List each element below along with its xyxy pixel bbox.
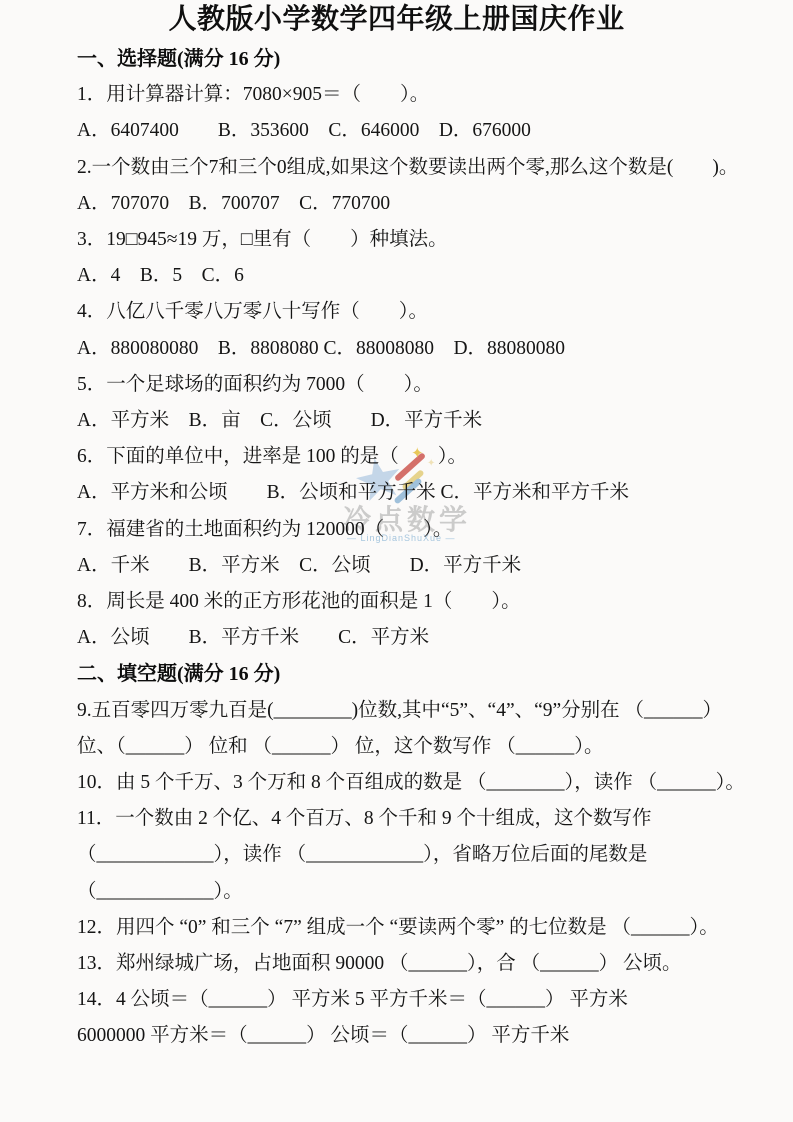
question-5-text: 5．一个足球场的面积约为 7000（ ）。 [0, 367, 793, 403]
section-2-heading: 二、填空题(满分 16 分) [0, 656, 793, 692]
question-2-text: 2.一个数由三个7和三个0组成,如果这个数要读出两个零,那么这个数是( )。 [0, 150, 793, 186]
question-8-text: 8．周长是 400 米的正方形花池的面积是 1（ ）。 [0, 584, 793, 620]
question-9-text-line-1: 9.五百零四万零九百是(________)位数,其中“5”、“4”、“9”分别在… [0, 693, 793, 729]
question-14-text-line-2: 6000000 平方米＝（______） 公顷＝（______） 平方千米 [0, 1018, 793, 1054]
question-2-options: A．707070 B．700707 C．770700 [0, 186, 793, 222]
question-13-text: 13．郑州绿城广场，占地面积 90000 （______），合 （______）… [0, 946, 793, 982]
section-1-heading: 一、选择题(满分 16 分) [0, 41, 793, 77]
question-11-text-line-3: （____________）。 [0, 874, 793, 910]
question-1-text: 1．用计算器计算：7080×905＝（ ）。 [0, 77, 793, 113]
question-14-text-line-1: 14．4 公顷＝（______） 平方米 5 平方千米＝（______） 平方米 [0, 982, 793, 1018]
question-3-text: 3．19□945≈19 万，□里有（ ）种填法。 [0, 222, 793, 258]
question-11-text-line-2: （____________），读作 （____________），省略万位后面的… [0, 837, 793, 873]
question-6-options: A．平方米和公顷 B．公顷和平方千米 C．平方米和平方千米 [0, 475, 793, 511]
question-12-text: 12．用四个 “0” 和三个 “7” 组成一个 “要读两个零” 的七位数是 （_… [0, 910, 793, 946]
worksheet-content: 人教版小学数学四年级上册国庆作业 一、选择题(满分 16 分) 1．用计算器计算… [0, 2, 793, 1055]
question-6-text: 6．下面的单位中，进率是 100 的是（ ）。 [0, 439, 793, 475]
worksheet-page: ✦ ✦ 冷点数学 — LingDianShuXue — 人教版小学数学四年级上册… [0, 0, 793, 1122]
question-7-options: A．千米 B．平方米 C．公顷 D．平方千米 [0, 548, 793, 584]
question-4-text: 4．八亿八千零八万零八十写作（ ）。 [0, 294, 793, 330]
question-10-text: 10．由 5 个千万、3 个万和 8 个百组成的数是 （________），读作… [0, 765, 793, 801]
question-8-options: A．公顷 B．平方千米 C．平方米 [0, 620, 793, 656]
question-4-options: A．880080080 B．8808080 C．88008080 D．88080… [0, 331, 793, 367]
question-7-text: 7．福建省的土地面积约为 120000（ ）。 [0, 512, 793, 548]
question-9-text-line-2: 位、（______） 位和 （______） 位，这个数写作 （______）。 [0, 729, 793, 765]
question-3-options: A．4 B．5 C．6 [0, 258, 793, 294]
question-11-text-line-1: 11．一个数由 2 个亿、4 个百万、8 个千和 9 个十组成，这个数写作 [0, 801, 793, 837]
question-5-options: A．平方米 B．亩 C．公顷 D．平方千米 [0, 403, 793, 439]
page-title: 人教版小学数学四年级上册国庆作业 [0, 2, 793, 38]
question-1-options: A．6407400 B．353600 C．646000 D．676000 [0, 113, 793, 149]
